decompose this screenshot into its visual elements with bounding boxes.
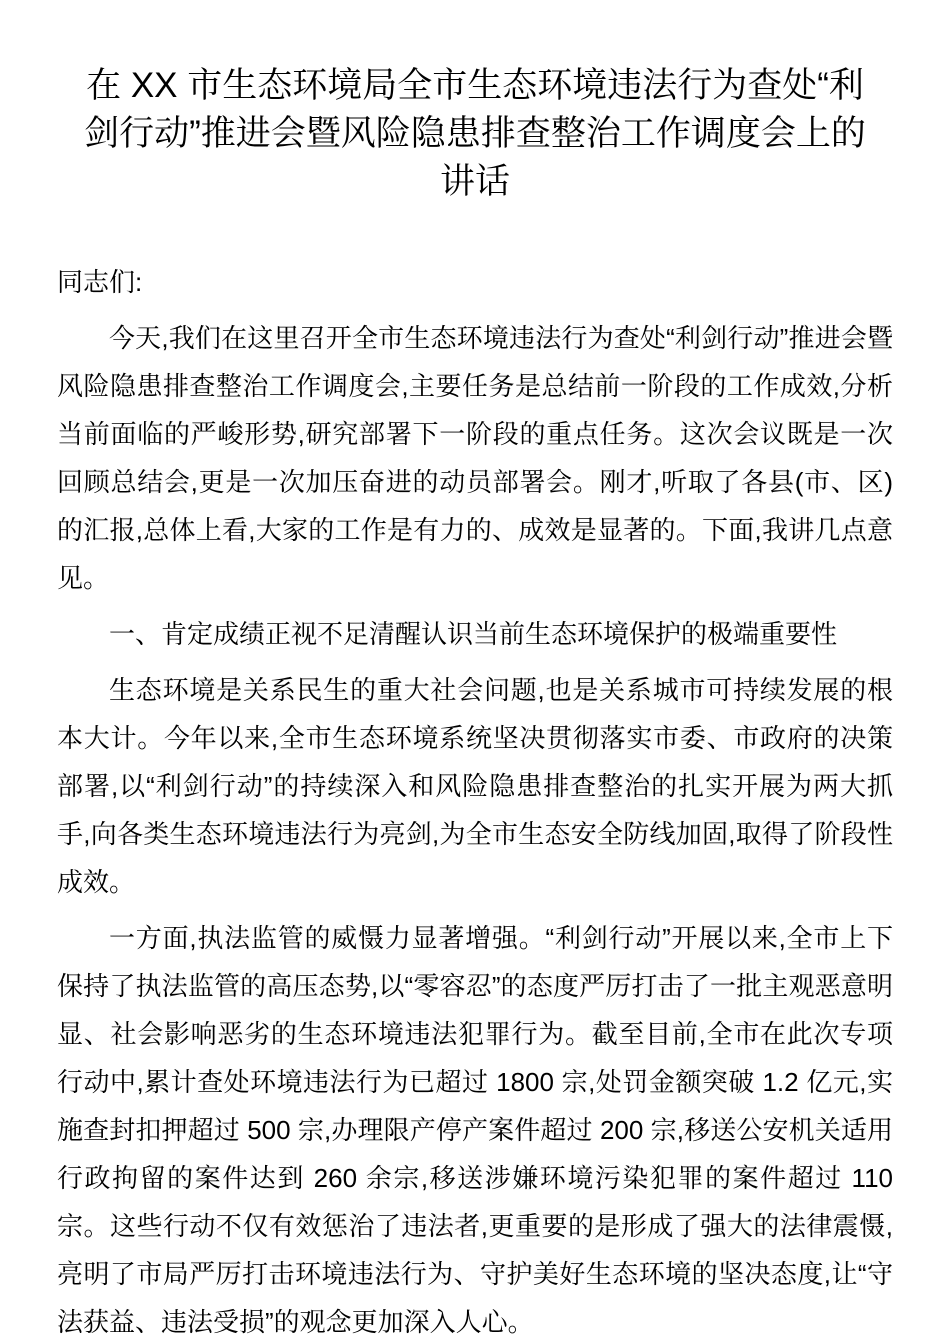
document-title: 在 XX 市生态环境局全市生态环境违法行为查处“利剑行动”推进会暨风险隐患排查整… xyxy=(75,62,875,206)
salutation-line: 同志们: xyxy=(57,258,893,306)
section-one-heading: 一、肯定成绩正视不足清醒认识当前生态环境保护的极端重要性 xyxy=(57,610,893,658)
paragraph-meeting-intro: 今天,我们在这里召开全市生态环境违法行为查处“利剑行动”推进会暨风险隐患排查整治… xyxy=(57,314,893,602)
document-page: 在 XX 市生态环境局全市生态环境违法行为查处“利剑行动”推进会暨风险隐患排查整… xyxy=(0,0,950,1344)
paragraph-ecology-overview: 生态环境是关系民生的重大社会问题,也是关系城市可持续发展的根本大计。今年以来,全… xyxy=(57,666,893,906)
paragraph-enforcement-results: 一方面,执法监管的威慑力显著增强。“利剑行动”开展以来,全市上下保持了执法监管的… xyxy=(57,914,893,1344)
document-body: 同志们: 今天,我们在这里召开全市生态环境违法行为查处“利剑行动”推进会暨风险隐… xyxy=(57,258,893,1344)
